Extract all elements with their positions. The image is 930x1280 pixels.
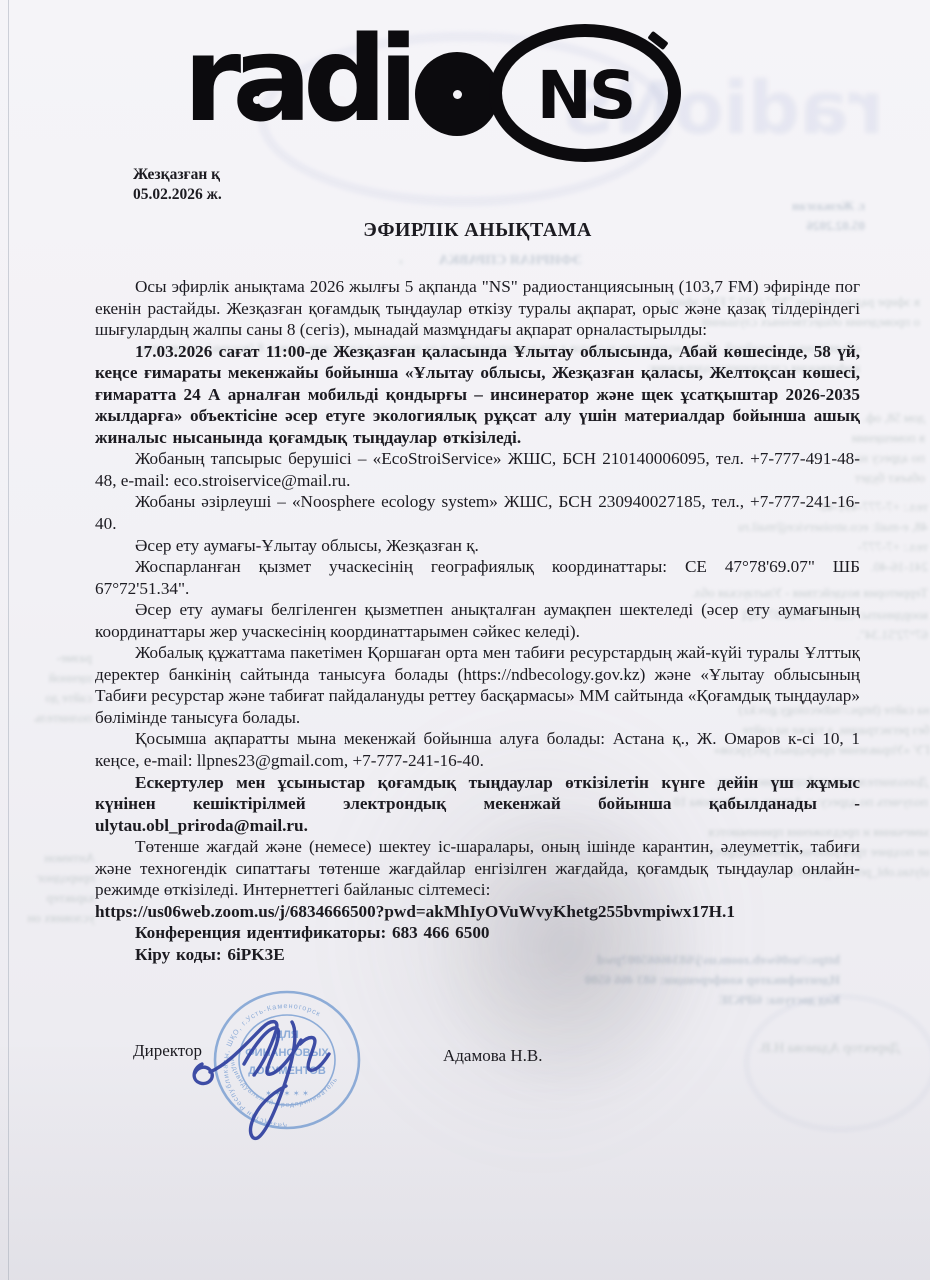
paragraph: Кіру коды: 6iPK3E <box>95 944 860 966</box>
vinyl-dot-icon <box>338 96 346 104</box>
vinyl-dot-icon <box>253 96 261 104</box>
bleed-through-text: ЭФИРНАЯ СПРАВКА <box>392 250 582 272</box>
bleed-through-text: , <box>383 246 403 271</box>
paragraph: Жобалық құжаттама пакетімен Қоршаған орт… <box>95 642 860 728</box>
place-line: Жезқазған қ <box>133 165 222 185</box>
paragraph: Жобаның тапсырыс берушісі – «EcoStroiSer… <box>95 448 860 491</box>
bleed-through-text: Антимон природног характер условиях он <box>0 848 95 929</box>
place-date-block: Жезқазған қ 05.02.2026 ж. <box>133 165 222 205</box>
date-line: 05.02.2026 ж. <box>133 185 222 205</box>
vinyl-record-icon <box>415 52 499 136</box>
paragraph: Әсер ету аумағы-Ұлытау облысы, Жезқазған… <box>95 535 860 557</box>
paragraph: Конференция идентификаторы: 683 466 6500 <box>95 922 860 944</box>
paragraph: Ескертулер мен ұсыныстар қоғамдық тыңдау… <box>95 772 860 837</box>
vinyl-dot-icon <box>453 90 462 99</box>
logo-ns-text: NS <box>537 53 634 134</box>
paragraph: Төтенше жағдай және (немесе) шектеу іс-ш… <box>95 836 860 901</box>
paragraph: Осы эфирлік анықтама 2026 жылғы 5 ақпанд… <box>95 276 860 341</box>
scan-shadow-bottom <box>0 1040 930 1280</box>
document-title: ЭФИРЛІК АНЫҚТАМА <box>95 219 860 242</box>
paragraph: Әсер ету аумағы белгіленген қызметпен ан… <box>95 599 860 642</box>
signature-name: Адамова Н.В. <box>443 1046 542 1066</box>
paragraph: 17.03.2026 сағат 11:00-де Жезқазған қала… <box>95 341 860 449</box>
logo-word-radi: radi <box>183 14 410 144</box>
handwritten-signature <box>188 992 398 1147</box>
paragraph: Жоспарланған қызмет учаскесінің географи… <box>95 556 860 599</box>
scanned-document-page: г. Жезказган 05.02.2026ЭФИРНАЯ СПРАВКАв … <box>0 0 930 1280</box>
paragraph: Қосымша ақпаратты мына мекенжай бойынша … <box>95 728 860 771</box>
document-body: Осы эфирлік анықтама 2026 жылғы 5 ақпанд… <box>95 276 860 966</box>
paragraph: Жобаны әзірлеуші – «Noosphere ecology sy… <box>95 491 860 534</box>
bleed-through-text: разме- щенной сайте до полнитель <box>0 648 92 729</box>
paragraph: https://us06web.zoom.us/j/6834666500?pwd… <box>95 901 860 923</box>
logo-ring: NS <box>489 24 681 162</box>
